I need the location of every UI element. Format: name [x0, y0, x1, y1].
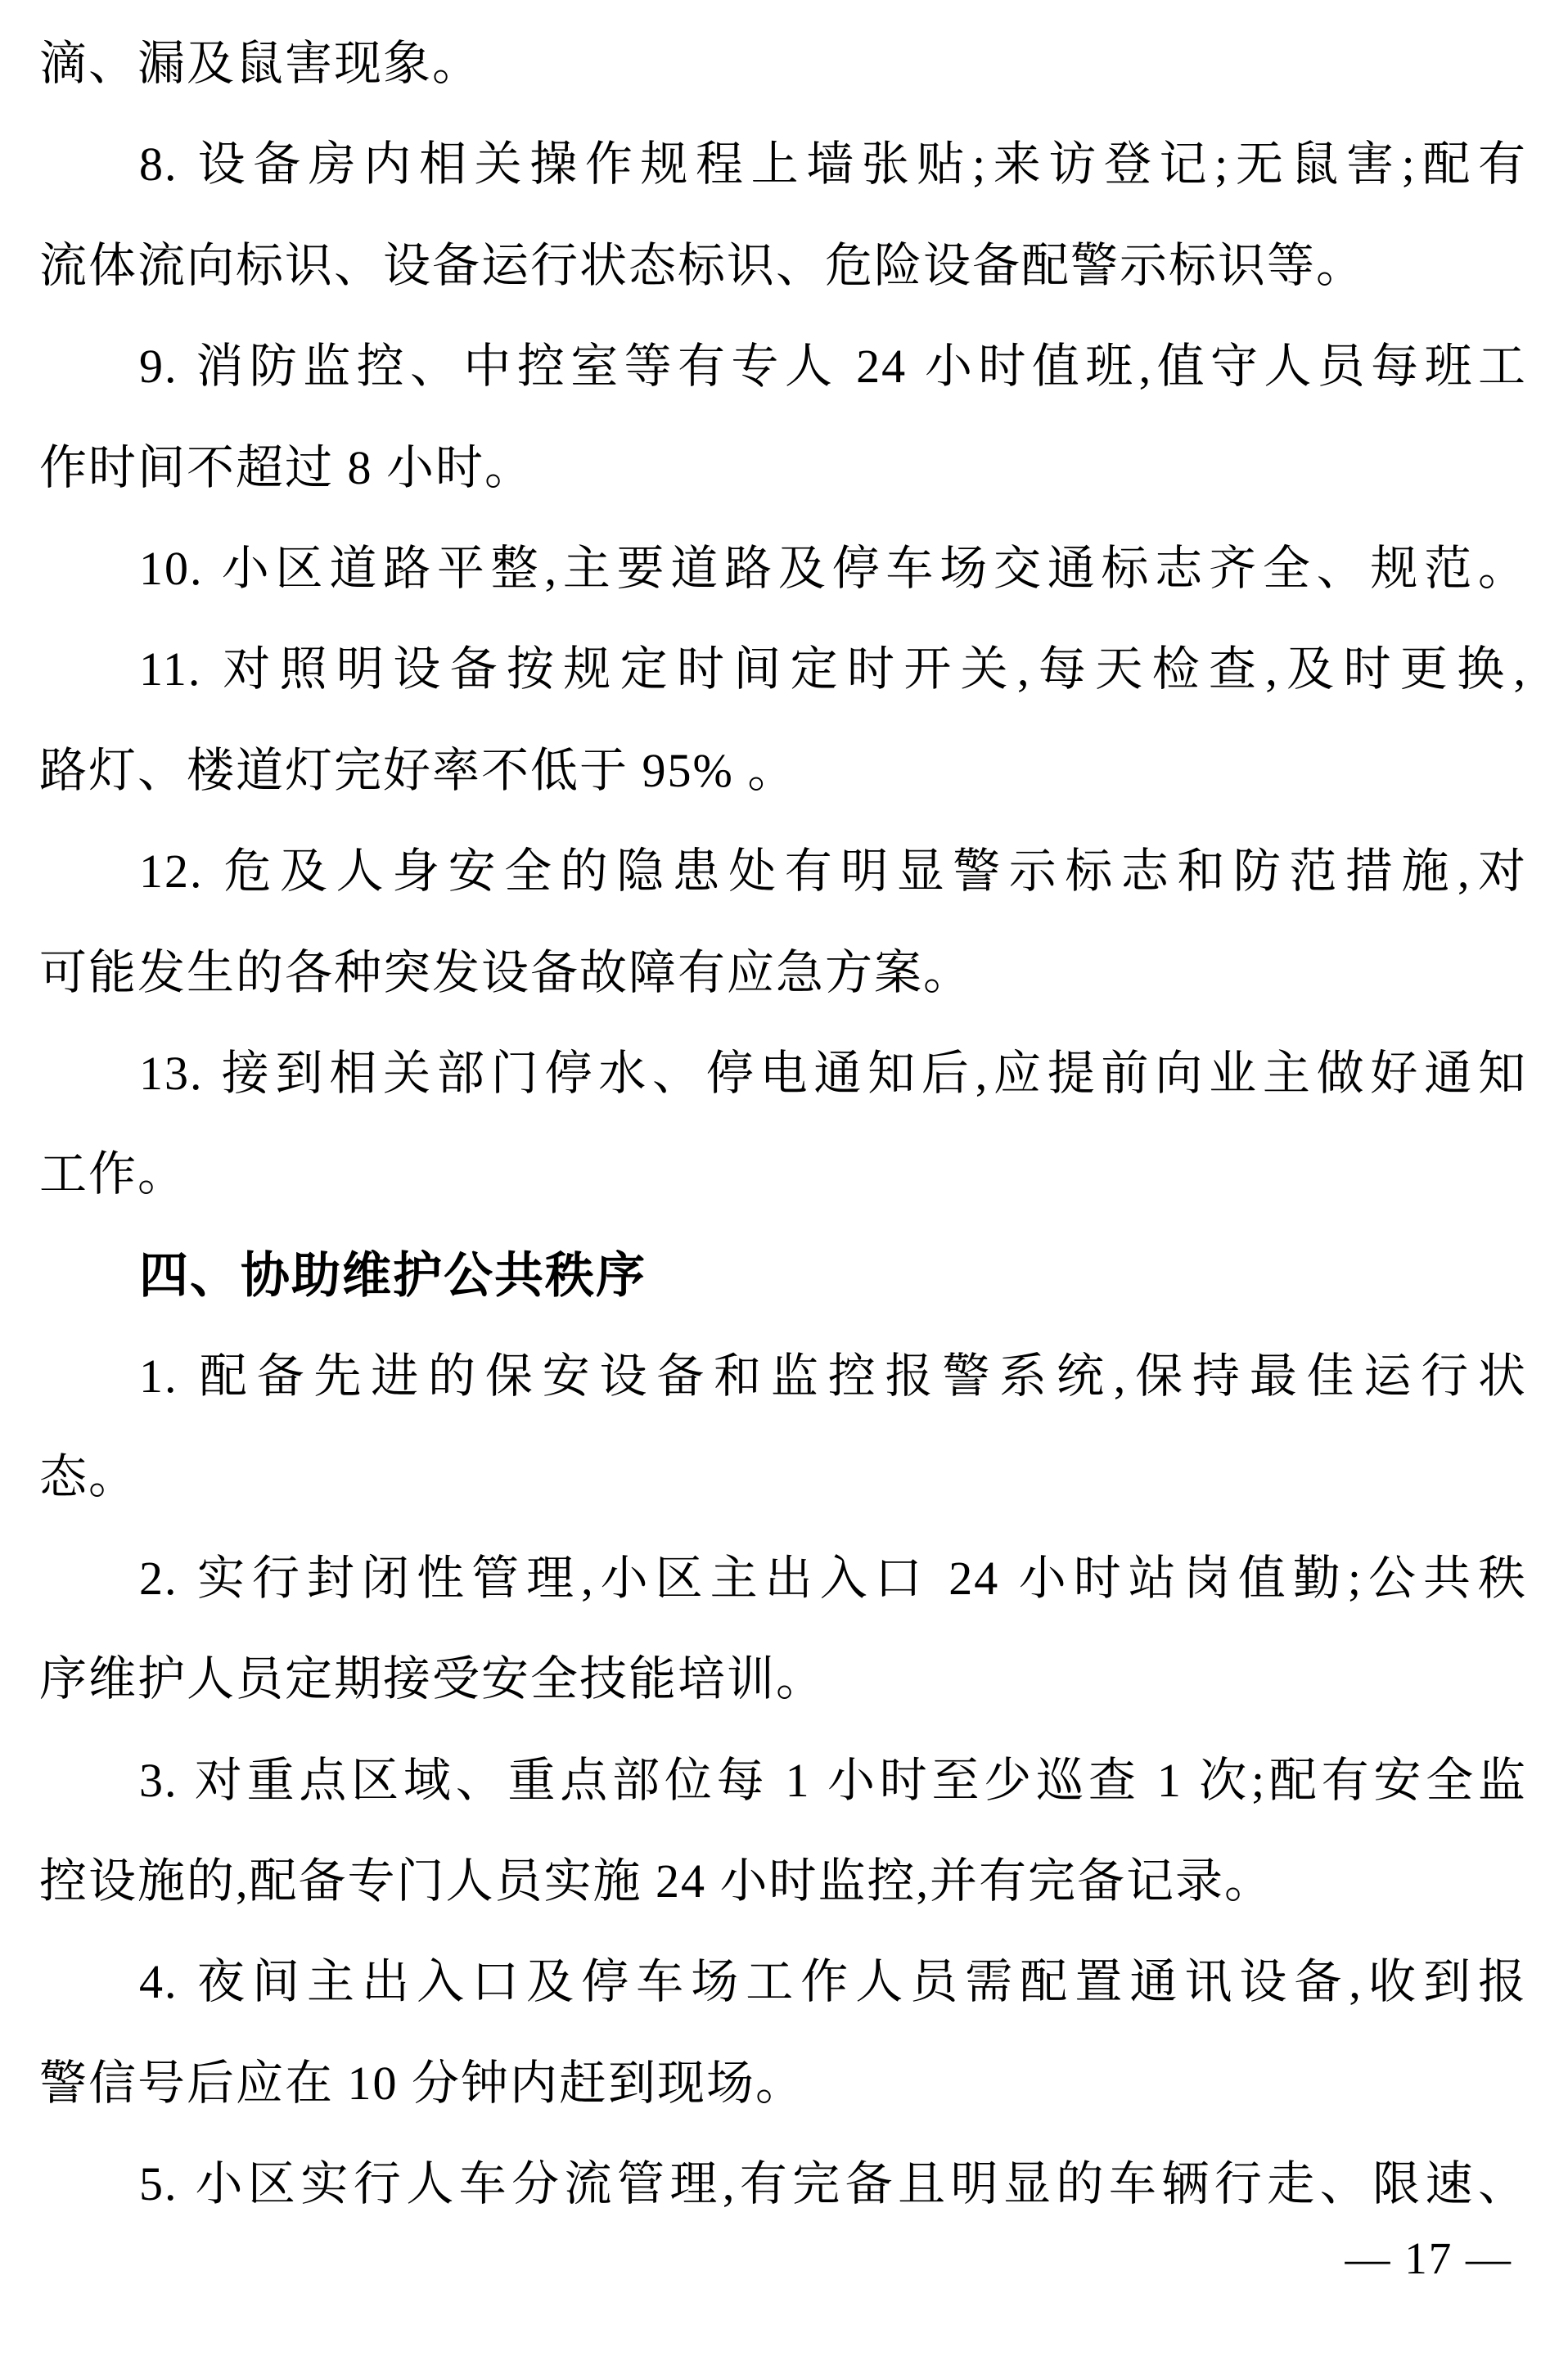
body-text-line: 1. 配备先进的保安设备和监控报警系统,保持最佳运行状 — [39, 1326, 1527, 1426]
section-heading: 四、协助维护公共秩序 — [39, 1225, 1527, 1326]
body-text-line: 态。 — [39, 1426, 1527, 1527]
body-text-line: 路灯、楼道灯完好率不低于 95% 。 — [39, 720, 1527, 821]
body-text-line: 工作。 — [39, 1124, 1527, 1224]
body-text-line: 3. 对重点区域、重点部位每 1 小时至少巡查 1 次;配有安全监 — [39, 1730, 1527, 1831]
body-text-line: 11. 对照明设备按规定时间定时开关,每天检查,及时更换, — [39, 619, 1527, 719]
body-text-line: 12. 危及人身安全的隐患处有明显警示标志和防范措施,对 — [39, 821, 1527, 921]
body-text-line: 2. 实行封闭性管理,小区主出入口 24 小时站岗值勤;公共秩 — [39, 1528, 1527, 1629]
body-text-line: 滴、漏及鼠害现象。 — [39, 13, 1527, 114]
body-text-line: 流体流向标识、设备运行状态标识、危险设备配警示标识等。 — [39, 215, 1527, 316]
body-text-line: 作时间不超过 8 小时。 — [39, 417, 1527, 518]
page-number: — 17 — — [39, 2235, 1527, 2282]
body-text-line: 可能发生的各种突发设备故障有应急方案。 — [39, 922, 1527, 1023]
document-page: 滴、漏及鼠害现象。 8. 设备房内相关操作规程上墙张贴;来访登记;无鼠害;配有 … — [0, 0, 1568, 2370]
body-text-line: 控设施的,配备专门人员实施 24 小时监控,并有完备记录。 — [39, 1831, 1527, 1931]
body-text-line: 10. 小区道路平整,主要道路及停车场交通标志齐全、规范。 — [39, 518, 1527, 619]
body-text-line: 13. 接到相关部门停水、停电通知后,应提前向业主做好通知 — [39, 1023, 1527, 1124]
body-text-line: 序维护人员定期接受安全技能培训。 — [39, 1629, 1527, 1729]
body-text-line: 4. 夜间主出入口及停车场工作人员需配置通讯设备,收到报 — [39, 1931, 1527, 2032]
body-text-line: 9. 消防监控、中控室等有专人 24 小时值班,值守人员每班工 — [39, 316, 1527, 417]
body-text-line: 5. 小区实行人车分流管理,有完备且明显的车辆行走、限速、 — [39, 2133, 1527, 2234]
body-text-line: 8. 设备房内相关操作规程上墙张贴;来访登记;无鼠害;配有 — [39, 114, 1527, 214]
body-text-line: 警信号后应在 10 分钟内赶到现场。 — [39, 2033, 1527, 2133]
